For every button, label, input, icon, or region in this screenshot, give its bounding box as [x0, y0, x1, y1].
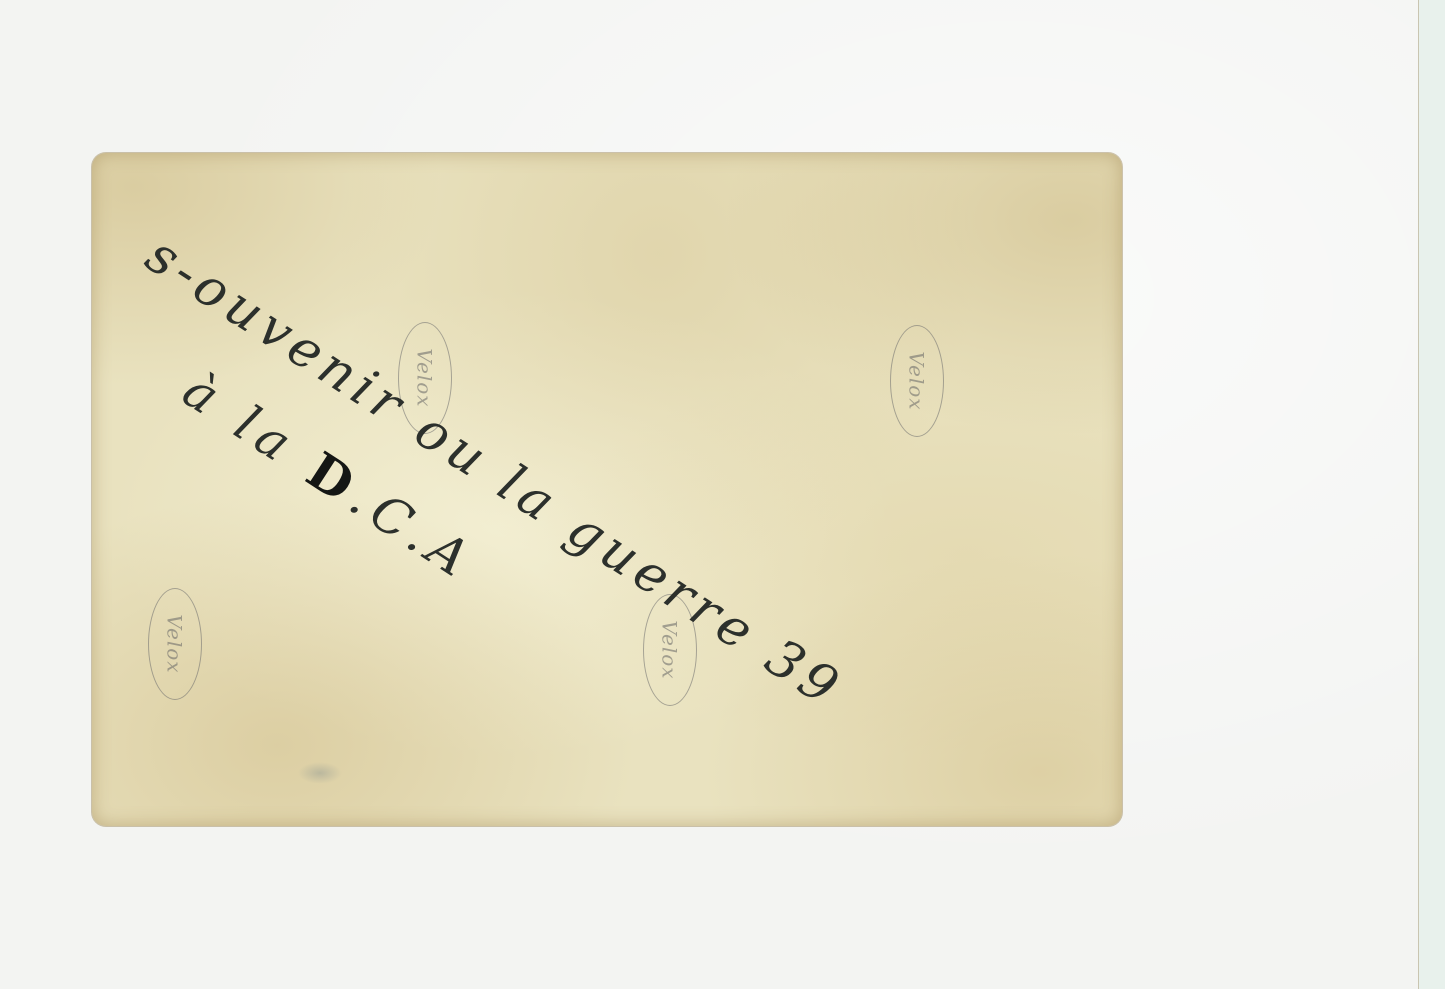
velox-stamp: Velox	[148, 588, 202, 700]
postcard-back	[92, 153, 1122, 826]
ink-smudge	[298, 762, 342, 784]
stamp-text: Velox	[658, 620, 682, 679]
velox-stamp: Velox	[890, 325, 944, 437]
stamp-text: Velox	[163, 614, 187, 673]
stamp-text: Velox	[905, 351, 929, 410]
scanner-edge	[1418, 0, 1445, 989]
